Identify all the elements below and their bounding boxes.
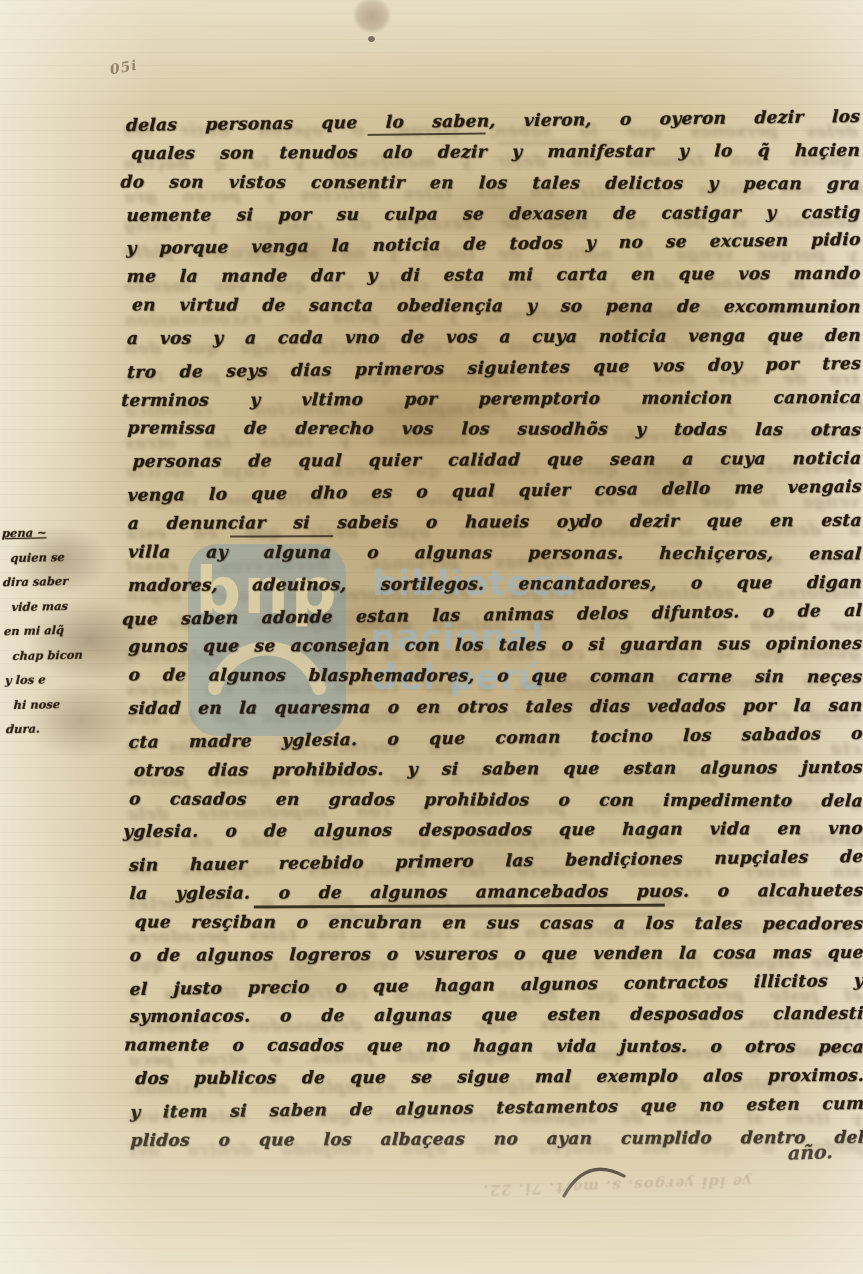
margin-note: quien se (10, 543, 123, 570)
manuscript-line: la yglesia. o de algunos amancebados puo… (129, 876, 863, 910)
manuscript-line: namente o casados que no hagan vida junt… (123, 1031, 863, 1064)
manuscript-line: symoniacos. o de algunas que esten despo… (129, 999, 863, 1033)
manuscript-line: do son vistos consentir en los tales del… (120, 167, 861, 200)
manuscript-line: terminos y vltimo por peremptorio monici… (121, 382, 862, 416)
manuscript-line: plidos o que los albaçeas no ayan cumpli… (130, 1123, 863, 1157)
margin-note: y los e (4, 666, 125, 693)
margin-annotations: pena ~quien sedira sabervide masen mi al… (2, 519, 127, 742)
closing-word: año. (788, 1141, 834, 1165)
margin-note: pena ~ (1, 519, 122, 546)
margin-note: dira saber (2, 568, 123, 595)
manuscript-line: villa ay alguna o algunas personas. hech… (127, 537, 862, 570)
manuscript-line: que resçiban o encubran en sus casas a l… (134, 907, 863, 940)
manuscript-line: quales son tenudos alo dezir y manifesta… (130, 136, 860, 170)
manuscript-line: en virtud de sancta obediençia y so pena… (131, 290, 861, 323)
manuscript-line: o casados en grados prohibidos o con imp… (128, 784, 863, 817)
manuscript-line: premissa de derecho vos los susodhõs y t… (127, 414, 862, 447)
margin-note: chap bicon (12, 641, 125, 668)
manuscript-line: otros dias prohibidos. y si saben que es… (133, 753, 863, 787)
manuscript-text-block: delas personas que lo saben, vieron, o o… (126, 105, 863, 1157)
manuscript-line: gunos que se aconsejan con los tales o s… (128, 629, 863, 663)
folio-number-mark: 05i (109, 58, 139, 79)
manuscript-line: a denunciar si sabeis o haueis oydo dezi… (127, 506, 862, 540)
manuscript-line: me la mande dar y di esta mi carta en qu… (126, 259, 861, 293)
manuscript-page: delas personas que lo saben, vieron, o o… (0, 0, 863, 1274)
margin-note: hi nose (13, 690, 126, 717)
margin-note: en mi alq̃ (3, 617, 124, 644)
ink-stain-dot (368, 36, 375, 42)
ink-stain (346, 0, 398, 40)
manuscript-line: o de algunos blasphemadores, o que coman… (128, 661, 863, 694)
margin-note: dura. (5, 715, 126, 742)
margin-note: vide mas (11, 592, 124, 619)
